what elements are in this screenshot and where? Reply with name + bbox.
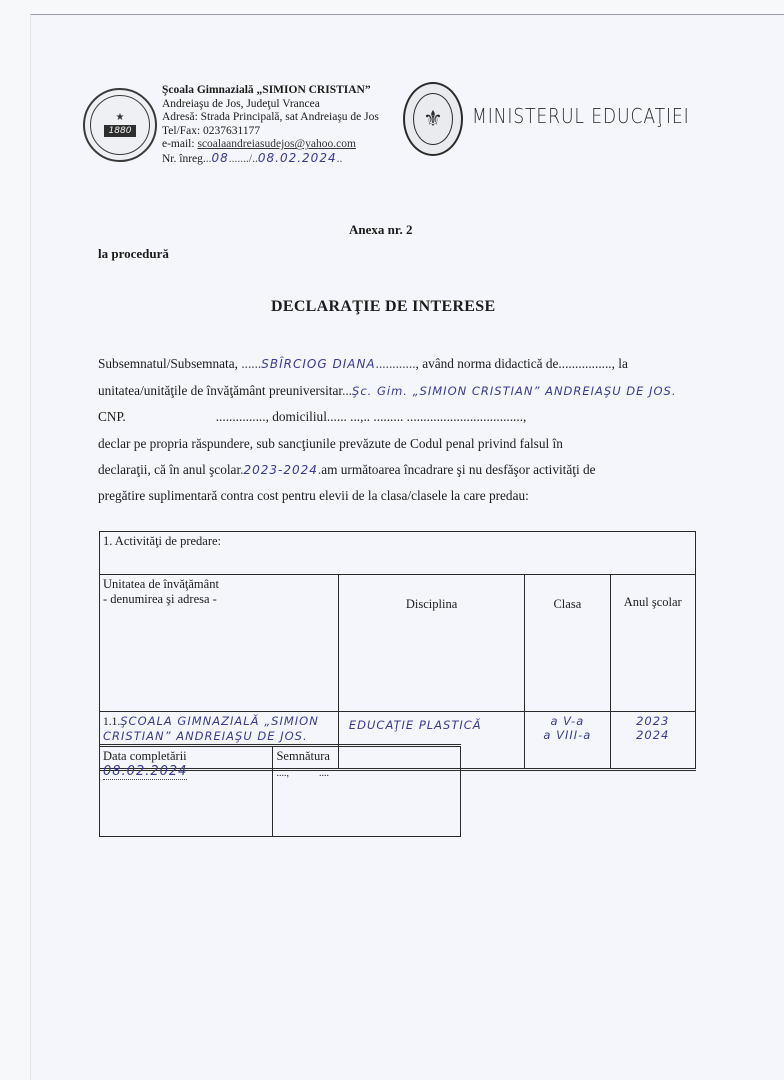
row-year-2: 2024 <box>614 728 693 742</box>
teaching-activities-table: 1. Activităţi de predare: Unitatea de în… <box>99 531 696 771</box>
declaration-line-3: CNP................, domiciliul...... ..… <box>98 409 526 425</box>
registration-line: Nr. înreg...08......./..08.02.2024.. <box>162 152 379 167</box>
header-unit: Unitatea de învăţământ - denumirea şi ad… <box>100 575 339 712</box>
header-year: Anul şcolar <box>610 575 696 712</box>
school-location: Andreiaşu de Jos, Judeţul Vrancea <box>162 98 379 112</box>
school-name: Şcoala Gimnazială „SIMION CRISTIAN” <box>162 84 379 98</box>
school-email: e-mail: scoalaandreiasudejos@yahoo.com <box>162 138 379 152</box>
government-seal: ⚜ <box>403 82 463 156</box>
email-link[interactable]: scoalaandreiasudejos@yahoo.com <box>197 138 355 150</box>
l2-prefix: unitatea/unităţile de învăţământ preuniv… <box>98 383 342 398</box>
cell-year[interactable]: 2023 2024 <box>610 712 696 770</box>
l1-prefix: Subsemnatul/Subsemnata, <box>98 356 241 371</box>
row-class-2: a VIII-a <box>528 728 606 742</box>
signature-cell[interactable]: Semnătura ...., .... <box>273 746 461 837</box>
row-year-1: 2023 <box>614 714 693 728</box>
declaration-line-4: declar pe propria răspundere, sub sancţi… <box>98 436 563 452</box>
declaration-line-2: unitatea/unităţile de învăţământ preuniv… <box>98 383 676 399</box>
procedure-label: la procedură <box>98 246 169 262</box>
domicile-field[interactable]: ..............., domiciliul...... ...,..… <box>216 409 527 424</box>
email-label: e-mail: <box>162 138 197 150</box>
row-class-1: a V-a <box>528 714 606 728</box>
school-address: Adresă: Strada Principală, sat Andreiaşu… <box>162 111 379 125</box>
star-icon: ★ <box>116 113 125 123</box>
l5-suffix: am următoarea încadrare şi nu desfăşor a… <box>321 462 595 477</box>
row-discipline: EDUCAŢIE PLASTICĂ <box>349 718 482 732</box>
annex-label: Anexa nr. 2 <box>349 222 412 238</box>
reg-number: 08 <box>212 151 229 165</box>
header-unit-line1: Unitatea de învăţământ <box>103 577 335 592</box>
declarant-name-field[interactable]: SBÎRCIOG DIANA <box>261 357 375 371</box>
school-phone: Tel/Fax: 0237631177 <box>162 125 379 139</box>
row-unit: ŞCOALA GIMNAZIALĂ „SIMION CRISTIAN” ANDR… <box>103 714 319 743</box>
completion-date-cell[interactable]: Data completării 08.02.2024 <box>100 746 273 837</box>
header-unit-line2: - denumirea şi adresa - <box>103 592 335 607</box>
reg-label: Nr. înreg. <box>162 153 206 165</box>
cell-class[interactable]: a V-a a VIII-a <box>525 712 610 770</box>
signature-table: Data completării 08.02.2024 Semnătura ..… <box>99 744 461 837</box>
l5-prefix: declaraţii, că în anul şcolar <box>98 462 240 477</box>
signature-dots: ...., .... <box>276 768 457 779</box>
school-info: Şcoala Gimnazială „SIMION CRISTIAN” Andr… <box>162 84 379 167</box>
school-unit-field[interactable]: Şc. Gim. „SIMION CRISTIAN” ANDREIAŞU DE … <box>352 384 676 398</box>
eagle-coat-of-arms-icon: ⚜ <box>413 93 453 145</box>
header-discipline: Disciplina <box>338 575 524 712</box>
cnp-label: CNP. <box>98 409 126 424</box>
completion-date-value: 08.02.2024 <box>103 764 187 780</box>
l1-suffix: , având norma didactică de..............… <box>416 356 628 371</box>
signature-label: Semnătura <box>276 749 457 764</box>
section-header: 1. Activităţi de predare: <box>100 532 696 575</box>
school-logo-year: 1880 <box>104 125 137 137</box>
header-class: Clasa <box>525 575 610 712</box>
row-index: 1.1. <box>103 716 120 728</box>
document-title: DECLARAŢIE DE INTERESE <box>271 298 495 316</box>
completion-date-label: Data completării <box>103 749 269 764</box>
school-year-field[interactable]: 2023-2024 <box>243 463 317 477</box>
school-logo: ★ 1880 <box>83 88 157 162</box>
declaration-line-5: declaraţii, că în anul şcolar.2023-2024.… <box>98 462 596 478</box>
declaration-line-6: pregătire suplimentară contra cost pentr… <box>98 488 529 504</box>
reg-date: 08.02.2024 <box>258 151 337 165</box>
declaration-line-1: Subsemnatul/Subsemnata, ......SBÎRCIOG D… <box>98 356 628 372</box>
ministry-title: MINISTERUL EDUCAŢIEI <box>472 104 690 128</box>
